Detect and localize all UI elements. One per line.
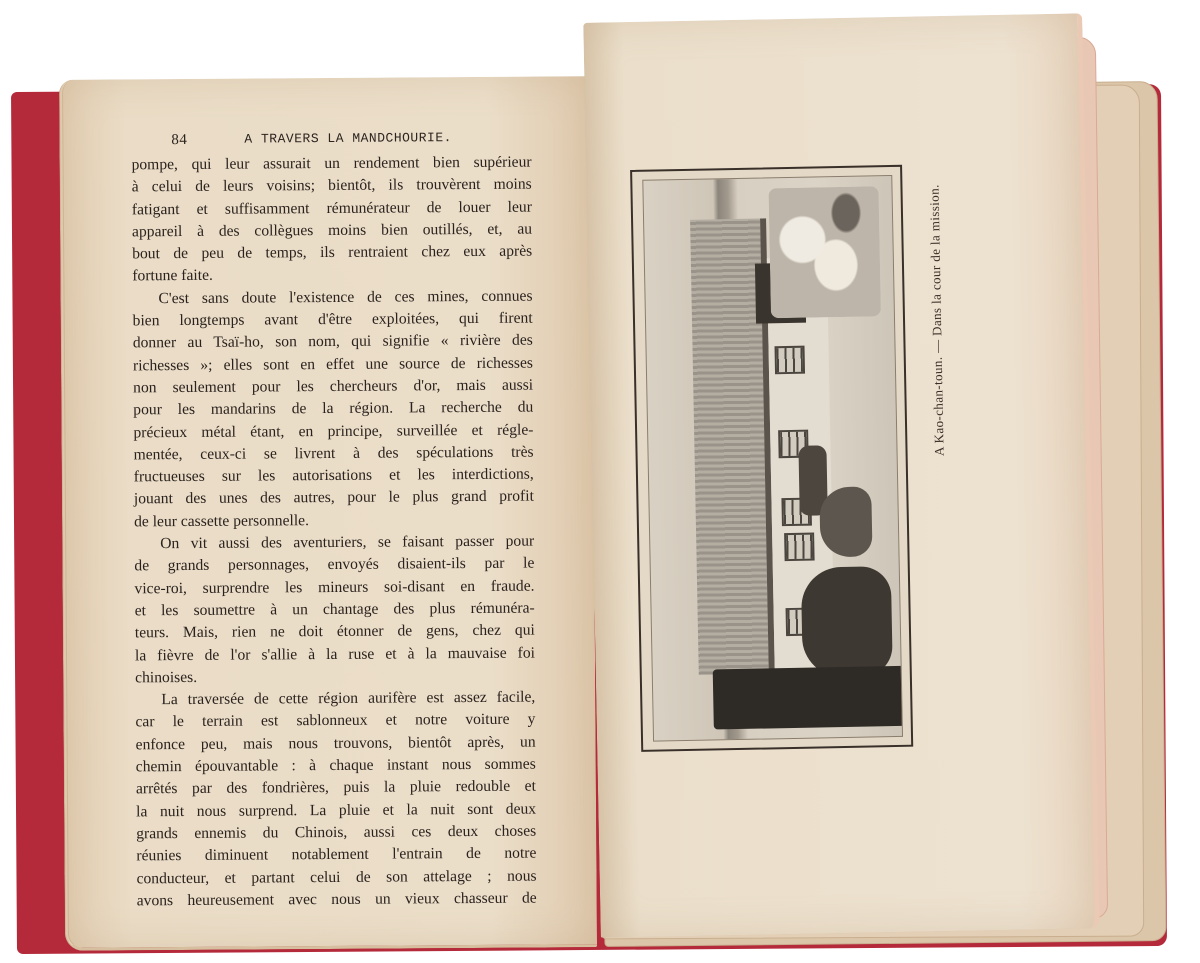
text-line: car le terrain est sablonneux et notre v…	[135, 709, 535, 734]
halftone-photograph	[642, 175, 903, 742]
text-line: vice-roi, surprendre les mineurs soi-dis…	[134, 575, 534, 600]
text-line: à celui de leurs voisins; bientôt, ils t…	[132, 174, 532, 199]
text-line: de grands personnages, envoyés disaient-…	[134, 553, 534, 578]
text-line: réunies diminuent notablement l'entrain …	[136, 843, 536, 868]
text-line: pompe, qui leur assurait un rendement bi…	[131, 152, 531, 177]
text-line: donner au Tsaï-ho, son nom, qui signifie…	[133, 330, 533, 355]
text-line: fatigant et suffisamment rémunérateur de…	[132, 196, 532, 221]
cart-shadow	[713, 666, 903, 730]
text-line: grands ennemis du Chinois, aussi ces deu…	[136, 820, 536, 845]
text-line: enfonce peu, mais nous trouvons, bientôt…	[136, 731, 536, 756]
text-line: la nuit nous surprend. La pluie et la nu…	[136, 798, 536, 823]
text-line: chemin épouvantable : à chaque instant n…	[136, 754, 536, 779]
text-line: teurs. Mais, rien ne doit étonner de gen…	[135, 620, 535, 645]
text-line: non seulement pour les chercheurs d'or, …	[133, 375, 533, 400]
camel	[801, 566, 893, 678]
text-line: conducteur, et partant celui de son atte…	[136, 865, 536, 890]
horse	[819, 486, 872, 557]
text-line: la fièvre de l'or s'allie à la ruse et à…	[135, 642, 535, 667]
page-number: 84	[171, 132, 187, 149]
text-line: richesses »; elles sont en effet une sou…	[133, 352, 533, 377]
text-line: bien longtemps avant d'être exploitées, …	[133, 308, 533, 333]
window	[775, 346, 806, 375]
plate-caption: A Kao-chan-toun. — Dans la cour de la mi…	[926, 184, 947, 456]
text-line: appareil à des collègues moins bien outi…	[132, 218, 532, 243]
paragraph: La traversée de cette région aurifère es…	[135, 687, 537, 913]
paragraph: C'est sans doute l'existence de ces mine…	[132, 285, 534, 533]
text-line: précieux métal étant, en principe, surve…	[133, 419, 533, 444]
right-page: A Kao-chan-toun. — Dans la cour de la mi…	[583, 13, 1099, 937]
body-text: pompe, qui leur assurait un rendement bi…	[131, 152, 536, 913]
photo-plate	[630, 165, 913, 752]
running-header: 84 A TRAVERS LA MANDCHOURIE.	[171, 129, 571, 132]
text-line: fortune faite.	[132, 263, 532, 288]
text-line: avons heureusement avec nous un vieux ch…	[137, 887, 537, 912]
window	[784, 533, 815, 562]
text-line: fructueuses sur les autorisations et les…	[134, 464, 534, 489]
text-line: C'est sans doute l'existence de ces mine…	[132, 285, 532, 310]
text-line: mentée, ceux-ci se livrent à des spécula…	[134, 441, 534, 466]
text-line: pour les mandarins de la région. La rech…	[133, 397, 533, 422]
text-line: de leur cassette personnelle.	[134, 508, 534, 533]
text-line: jouant des unes des autres, pour le plus…	[134, 486, 534, 511]
text-line: bout de peu de temps, ils rentraient che…	[132, 241, 532, 266]
text-line: On vit aussi des aventuriers, se faisant…	[134, 531, 534, 556]
running-title: A TRAVERS LA MANDCHOURIE.	[244, 130, 452, 146]
text-line: et les soumettre à un chantage des plus …	[135, 597, 535, 622]
paragraph: On vit aussi des aventuriers, se faisant…	[134, 531, 535, 690]
paragraph: pompe, qui leur assurait un rendement bi…	[131, 152, 532, 289]
text-line: arrêtés par des fondrières, puis la plui…	[136, 776, 536, 801]
left-page: 84 A TRAVERS LA MANDCHOURIE. pompe, qui …	[59, 76, 597, 951]
text-line: chinoises.	[135, 664, 535, 689]
group-of-people	[768, 186, 880, 318]
text-line: La traversée de cette région aurifère es…	[135, 687, 535, 712]
